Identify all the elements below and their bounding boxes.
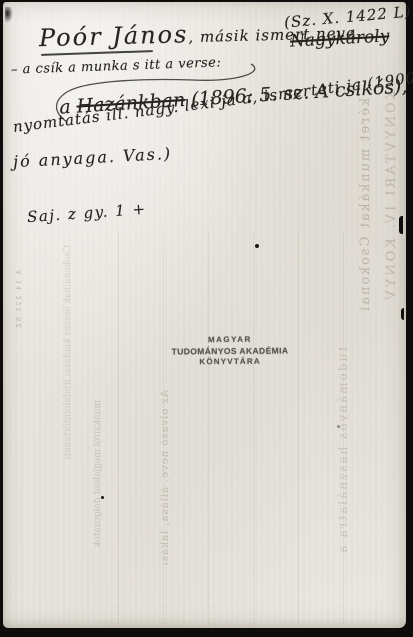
handwritten-note-line-2: – a csík a munka s itt a verse:	[11, 55, 222, 77]
bleedthrough-text-reader-line: Az olvasó neve, állása, lakása	[160, 390, 171, 565]
bleedthrough-text-right-upper: kéret munkákat Csokonai	[358, 98, 373, 368]
verso-rule-line	[208, 234, 209, 626]
stamp-line-2: TUDOMÁNYOS AKADÉMIA	[171, 345, 289, 357]
verso-rule-line	[163, 234, 164, 626]
crossed-out-place-note: Nagykároly	[290, 26, 390, 51]
ink-speck	[337, 425, 340, 428]
stamp-line-3: KÖNYVTÁRA	[171, 357, 289, 369]
corner-smudge	[5, 7, 13, 23]
scanned-card-photo: KÖNYVTÁRI IV. KÖNYV kéret munkákat Csoko…	[0, 0, 413, 637]
ink-speck	[101, 496, 104, 499]
edge-nick	[401, 308, 404, 320]
library-stamp: MAGYAR TUDOMÁNYOS AKADÉMIA KÖNYVTÁRA	[171, 334, 289, 368]
verso-rule-line	[253, 234, 254, 626]
bleedthrough-edge-mark: A 14 325 SZ	[16, 270, 23, 366]
bleedthrough-text-left-tall: Csokonainak összes kiadásai irodalomtört…	[63, 245, 73, 565]
bleedthrough-text-right-caps: KÖNYVTÁRI IV. KÖNYV	[384, 90, 399, 420]
verso-rule-line	[118, 234, 119, 626]
author-name-text: Poór János	[39, 20, 189, 52]
edge-nick	[399, 216, 403, 234]
handwritten-note-line-5: jó anyaga. Vas.)	[13, 144, 173, 171]
verso-rule-line	[298, 234, 299, 626]
handwritten-ownership-note: Saj. z gy. 1 +	[27, 200, 148, 226]
verso-rule-line	[343, 234, 344, 626]
bleedthrough-text-left: munkáiról megjelent dolgozatok	[93, 400, 103, 565]
ink-speck	[255, 244, 259, 248]
card-paper: KÖNYVTÁRI IV. KÖNYV kéret munkákat Csoko…	[3, 2, 406, 628]
